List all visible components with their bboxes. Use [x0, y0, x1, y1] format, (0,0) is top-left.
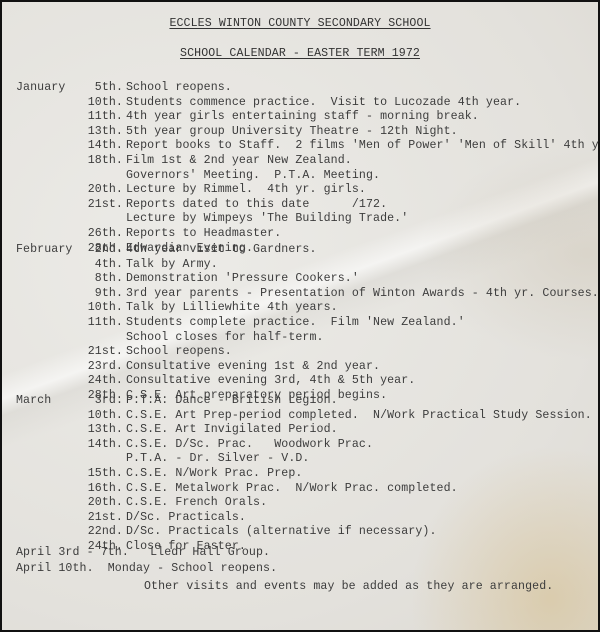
entry-text: P.T.A. Dance - British Legion.: [126, 394, 338, 408]
calendar-entry: 16th.C.S.E. Metalwork Prac. N/Work Prac.…: [2, 482, 598, 496]
entry-day: 16th.: [73, 482, 123, 496]
calendar-entry: 14th.Report books to Staff. 2 films 'Men…: [2, 139, 598, 153]
calendar-entry: 21st.Reports dated to this date /172.: [2, 198, 598, 212]
entry-day: 10th.: [73, 301, 123, 315]
entry-day: 2nd.: [73, 243, 123, 257]
entry-day: 21st.: [73, 345, 123, 359]
entry-text: P.T.A. - Dr. Silver - V.D.: [126, 452, 310, 466]
footer-note: Other visits and events may be added as …: [144, 580, 553, 593]
calendar-entry: School closes for half-term.: [2, 331, 598, 345]
april-entry: April 10th. Monday - School reopens.: [16, 562, 277, 575]
entry-day: 18th.: [73, 154, 123, 168]
entry-text: School reopens.: [126, 345, 232, 359]
entry-text: 5th year group University Theatre - 12th…: [126, 125, 458, 139]
entry-text: C.S.E. D/Sc. Prac. Woodwork Prac.: [126, 438, 373, 452]
entry-day: 21st.: [73, 198, 123, 212]
entry-text: Film 1st & 2nd year New Zealand.: [126, 154, 352, 168]
entry-day: 24th.: [73, 374, 123, 388]
entry-text: C.S.E. Metalwork Prac. N/Work Prac. comp…: [126, 482, 458, 496]
entry-day: 8th.: [73, 272, 123, 286]
calendar-entry: 21st.D/Sc. Practicals.: [2, 511, 598, 525]
entry-text: D/Sc. Practicals (alternative if necessa…: [126, 525, 437, 539]
entry-day: 3rd.: [73, 394, 123, 408]
calendar-entry: 9th.3rd year parents - Presentation of W…: [2, 287, 598, 301]
calendar-entry: 11th.Students complete practice. Film 'N…: [2, 316, 598, 330]
calendar-entry: 8th.Demonstration 'Pressure Cookers.': [2, 272, 598, 286]
entry-day: 5th.: [73, 81, 123, 95]
month-label: March: [16, 394, 51, 408]
entry-text: C.S.E. Art Invigilated Period.: [126, 423, 338, 437]
entry-day: 10th.: [73, 409, 123, 423]
calendar-title: SCHOOL CALENDAR - EASTER TERM 1972: [2, 47, 598, 60]
calendar-entry: 22nd.D/Sc. Practicals (alternative if ne…: [2, 525, 598, 539]
entry-text: Talk by Army.: [126, 258, 218, 272]
entry-day: 20th.: [73, 183, 123, 197]
entry-day: 21st.: [73, 511, 123, 525]
entry-text: Lecture by Rimmel. 4th yr. girls.: [126, 183, 366, 197]
entry-text: C.S.E. N/Work Prac. Prep.: [126, 467, 302, 481]
calendar-entry: 14th.C.S.E. D/Sc. Prac. Woodwork Prac.: [2, 438, 598, 452]
entry-day: 14th.: [73, 139, 123, 153]
calendar-entry: 10th.Students commence practice. Visit t…: [2, 96, 598, 110]
entry-day: 15th.: [73, 467, 123, 481]
calendar-entry: Governors' Meeting. P.T.A. Meeting.: [2, 169, 598, 183]
month-label: February: [16, 243, 72, 257]
entry-text: D/Sc. Practicals.: [126, 511, 246, 525]
calendar-entry: 4th.Talk by Army.: [2, 258, 598, 272]
entry-text: Report books to Staff. 2 films 'Men of P…: [126, 139, 600, 153]
entry-text: Students commence practice. Visit to Luc…: [126, 96, 521, 110]
entry-text: Governors' Meeting. P.T.A. Meeting.: [126, 169, 380, 183]
entry-text: C.S.E. French Orals.: [126, 496, 267, 510]
calendar-entry: 10th.C.S.E. Art Prep-period completed. N…: [2, 409, 598, 423]
entry-day: 10th.: [73, 96, 123, 110]
april-entry: April 3rd - 7th. Lledr Hall Group.: [16, 546, 270, 559]
calendar-entry: P.T.A. - Dr. Silver - V.D.: [2, 452, 598, 466]
entry-day: 4th.: [73, 258, 123, 272]
entry-day: 14th.: [73, 438, 123, 452]
calendar-entry: 15th.C.S.E. N/Work Prac. Prep.: [2, 467, 598, 481]
calendar-entry: January5th.School reopens.: [2, 81, 598, 95]
entry-day: 11th.: [73, 316, 123, 330]
calendar-page: ECCLES WINTON COUNTY SECONDARY SCHOOL SC…: [2, 2, 598, 630]
entry-day: 9th.: [73, 287, 123, 301]
calendar-entry: 20th.Lecture by Rimmel. 4th yr. girls.: [2, 183, 598, 197]
entry-text: 4th year girls entertaining staff - morn…: [126, 110, 479, 124]
entry-day: 20th.: [73, 496, 123, 510]
calendar-entry: 21st.School reopens.: [2, 345, 598, 359]
entry-text: Talk by Lilliewhite 4th years.: [126, 301, 338, 315]
entry-day: 22nd.: [73, 525, 123, 539]
entry-text: Lecture by Wimpeys 'The Building Trade.': [126, 212, 408, 226]
calendar-entry: 23rd.Consultative evening 1st & 2nd year…: [2, 360, 598, 374]
calendar-entry: February2nd.4th year visit to Gardners.: [2, 243, 598, 257]
entry-text: Demonstration 'Pressure Cookers.': [126, 272, 359, 286]
school-name-heading: ECCLES WINTON COUNTY SECONDARY SCHOOL: [2, 17, 598, 30]
entry-text: Reports dated to this date /172.: [126, 198, 387, 212]
month-label: January: [16, 81, 65, 95]
entry-text: Reports to Headmaster.: [126, 227, 281, 241]
entry-day: 26th.: [73, 227, 123, 241]
calendar-entry: 18th.Film 1st & 2nd year New Zealand.: [2, 154, 598, 168]
entry-text: Consultative evening 1st & 2nd year.: [126, 360, 380, 374]
calendar-entry: Lecture by Wimpeys 'The Building Trade.': [2, 212, 598, 226]
entry-text: School reopens.: [126, 81, 232, 95]
entry-text: Students complete practice. Film 'New Ze…: [126, 316, 465, 330]
calendar-entry: 11th.4th year girls entertaining staff -…: [2, 110, 598, 124]
entry-text: Consultative evening 3rd, 4th & 5th year…: [126, 374, 415, 388]
calendar-entry: March3rd.P.T.A. Dance - British Legion.: [2, 394, 598, 408]
entry-text: 3rd year parents - Presentation of Winto…: [126, 287, 599, 301]
calendar-entry: 24th.Consultative evening 3rd, 4th & 5th…: [2, 374, 598, 388]
calendar-entry: 26th.Reports to Headmaster.: [2, 227, 598, 241]
calendar-entry: 10th.Talk by Lilliewhite 4th years.: [2, 301, 598, 315]
entry-day: 13th.: [73, 423, 123, 437]
calendar-entry: 13th.C.S.E. Art Invigilated Period.: [2, 423, 598, 437]
entry-text: 4th year visit to Gardners.: [126, 243, 317, 257]
entry-text: School closes for half-term.: [126, 331, 324, 345]
entry-text: C.S.E. Art Prep-period completed. N/Work…: [126, 409, 592, 423]
calendar-entry: 13th.5th year group University Theatre -…: [2, 125, 598, 139]
entry-day: 23rd.: [73, 360, 123, 374]
entry-day: 13th.: [73, 125, 123, 139]
entry-day: 11th.: [73, 110, 123, 124]
calendar-entry: 20th.C.S.E. French Orals.: [2, 496, 598, 510]
